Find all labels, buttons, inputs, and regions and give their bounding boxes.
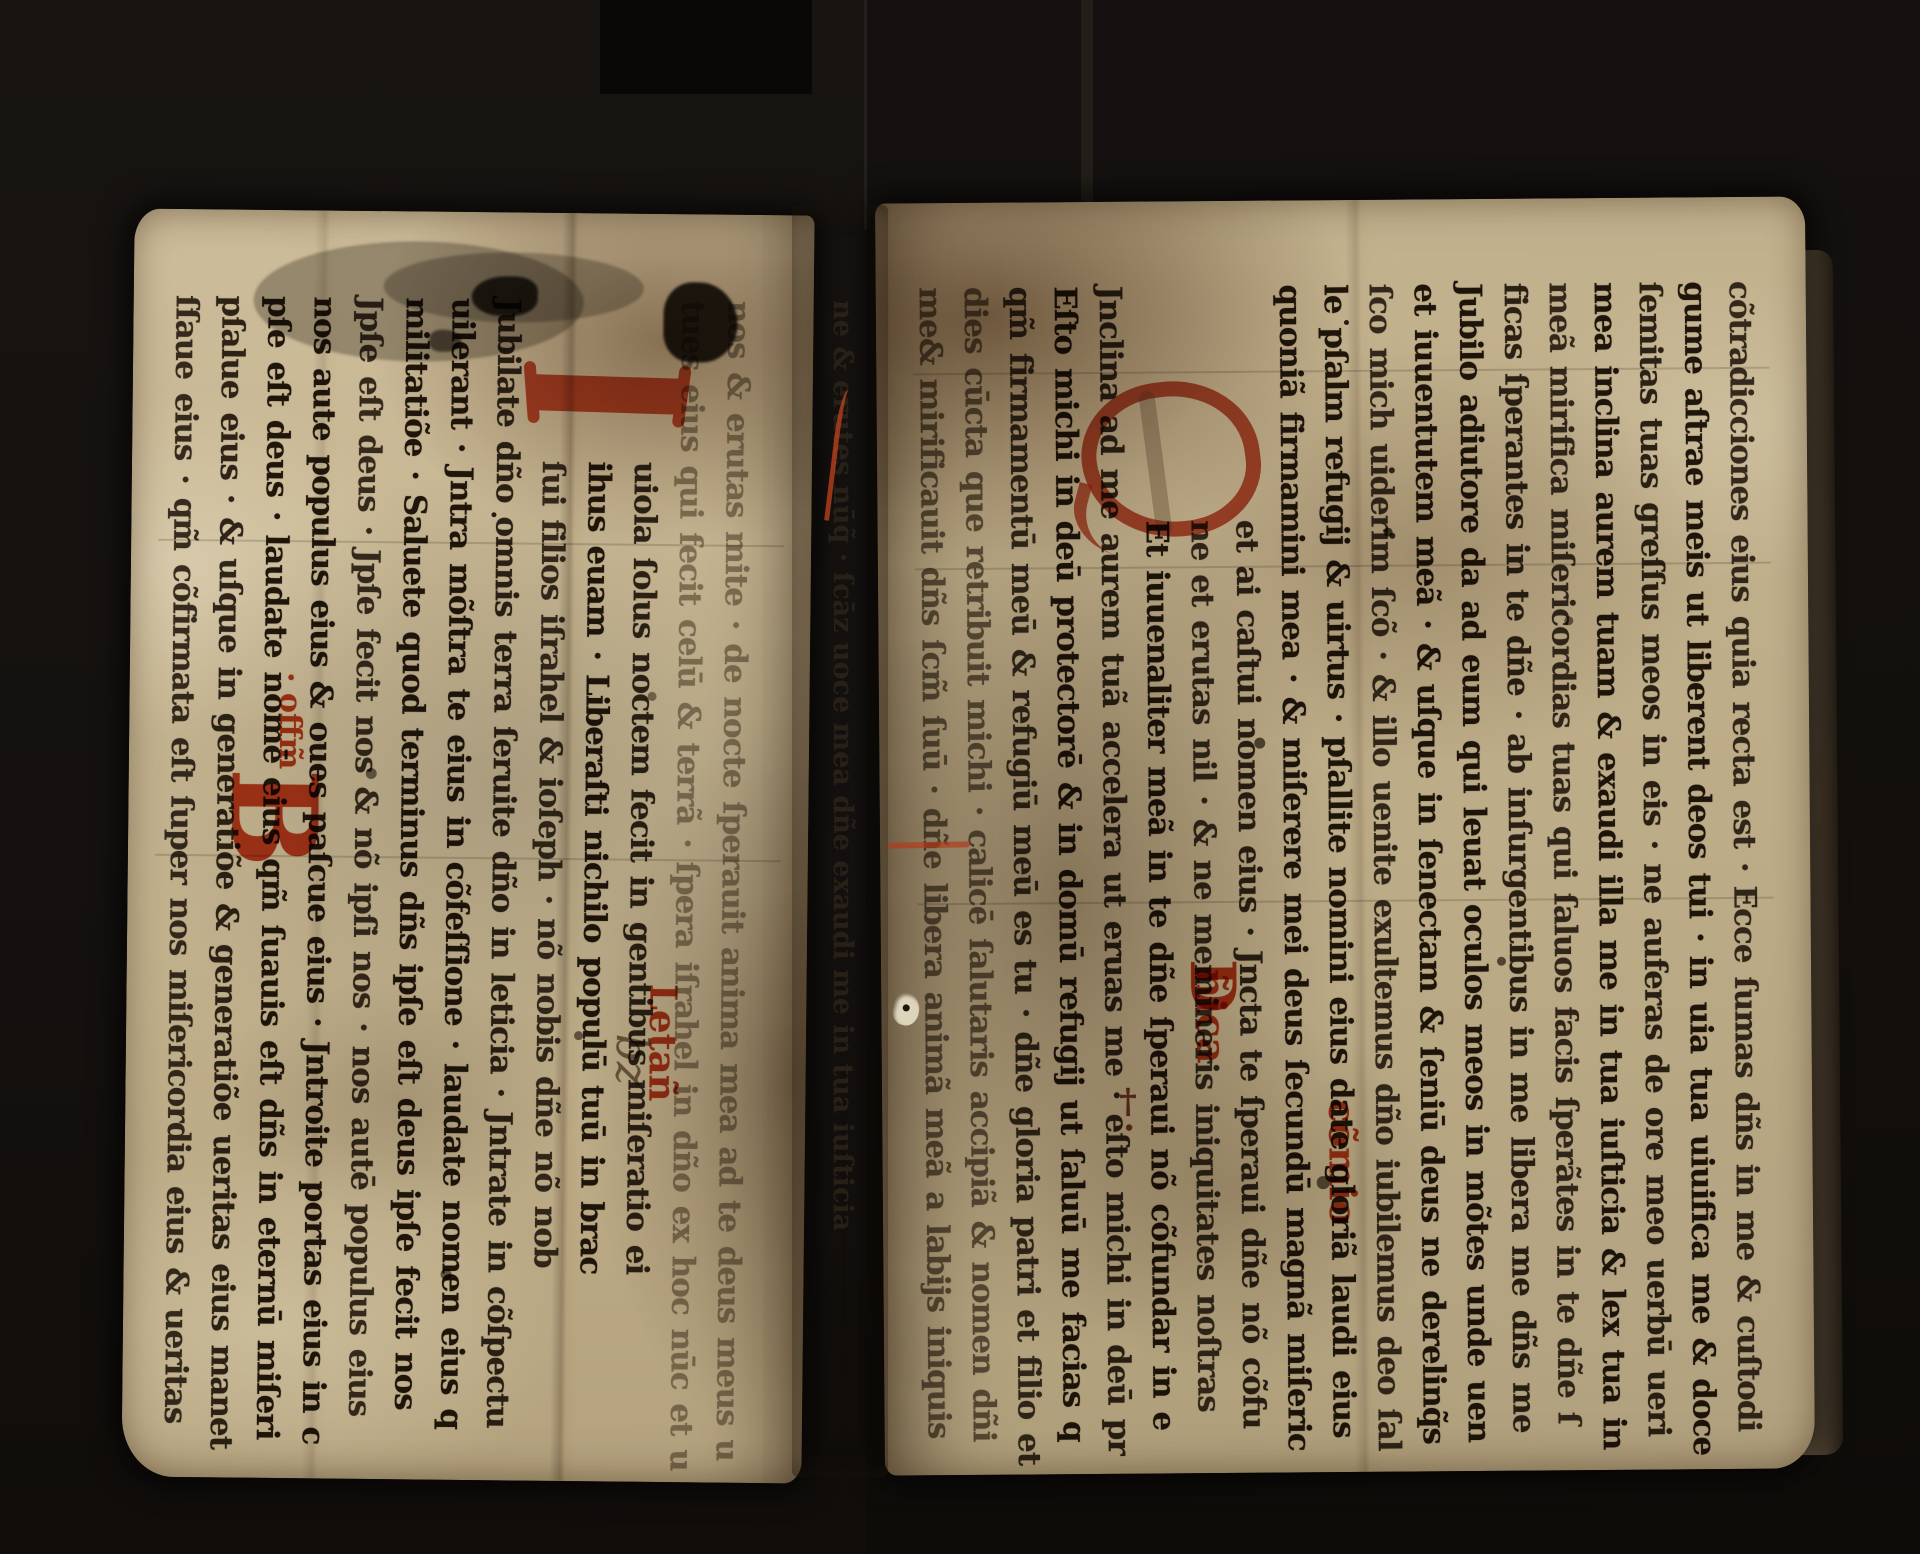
text-line: meã mirifica miſericordias tuas qui ſalu… (1537, 282, 1591, 1476)
backdrop-dark-notch (600, 0, 812, 94)
text-line: qm̃ firmamentū meū & refugiū meū es tu ·… (997, 286, 1051, 1475)
text-line: ſco mich uiderim ſcõ · & illo uenite exu… (1357, 284, 1411, 1476)
manuscript-right-page: cõtradicciones eius quia recta est · Ecc… (875, 196, 1815, 1475)
text-line: et iuuentutem meã · & uſque in ſenectam … (1402, 283, 1456, 1475)
rubric-dominica: ñica (1187, 969, 1234, 1064)
manuscript-left-page: nos & erutas mite · de nocte ſperauit an… (121, 208, 814, 1483)
text-line: quoniã firmamini mea · & miſerere mei de… (1267, 284, 1321, 1475)
text-line: cõtradicciones eius quia recta est · Ecc… (1717, 281, 1771, 1476)
text-line: ficas ſperantes in te dñe · ab inſurgent… (1492, 282, 1546, 1475)
red-initial-i (528, 374, 685, 415)
cursive-marginal-note: bz (608, 1033, 655, 1085)
cross-mark: †· (1110, 1082, 1146, 1134)
red-initial-b: B (214, 767, 333, 868)
backdrop-light-sliver (1081, 0, 1093, 222)
text-line: me& mirificauit dñs ſcm̃ ſuū · dñe liber… (907, 287, 961, 1476)
text-line: dies cūcta que retribuit michi · calicē … (952, 287, 1006, 1476)
rubric-offm: · offm̃ (272, 672, 307, 770)
text-line: ſemitas tuas greſſus meos in eis · ne au… (1627, 281, 1681, 1475)
right-page-text-block: cõtradicciones eius quia recta est · Ecc… (894, 281, 1771, 1476)
rubric-communio: cõmio (1322, 1100, 1363, 1225)
left-page-text-block: nos & erutas mite · de nocte ſperauit an… (135, 295, 761, 1484)
backdrop-seam (864, 0, 867, 230)
manuscript-photo: { "manuscript": { "left_page": { "lines"… (0, 0, 1920, 1554)
gutter-fold: ne & erutes nūq̃ · ſcāz uoce mea dñe exa… (792, 205, 888, 1477)
